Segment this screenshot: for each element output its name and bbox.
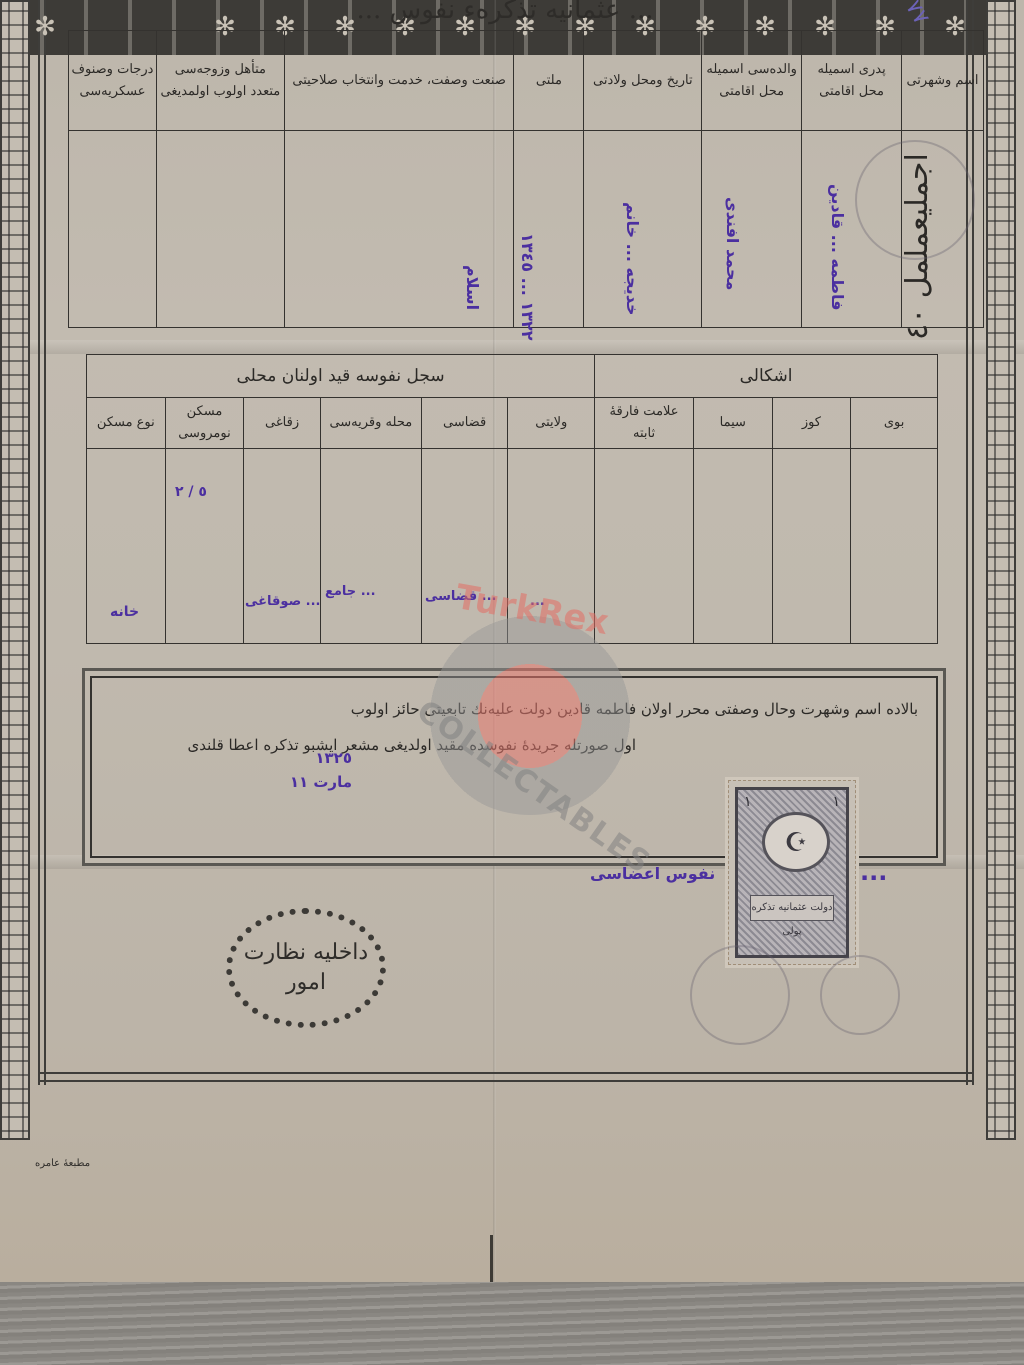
- handwritten-birth: ١٣٢٢ ... ١٣٤٥: [515, 200, 539, 340]
- physical-section-title: اشکالی: [595, 355, 938, 398]
- col-header-father: پدری اسمیله محل اقامتی: [802, 31, 902, 131]
- cell-eyes: [772, 449, 851, 644]
- stamp-value: ١: [832, 794, 840, 810]
- handwritten-name: فاطمه ... قادین: [825, 140, 849, 310]
- cell-military-rank: [69, 131, 157, 328]
- document-paper: ✻ ✻ ✻ ✻ ✻ ✻ ✻ ✻ ✻ ✻ ✻ ✻ ✻ ✻ ... عثمانيه …: [0, 0, 1024, 1282]
- col-header-birth: تاریخ ومحل ولادتی: [584, 31, 702, 131]
- col-header-house-number: مسکن نومروسی: [165, 398, 244, 449]
- handwritten-house-type: خانه: [110, 600, 139, 624]
- handwritten-date: ١٣٢٥ مارت ١١: [272, 746, 352, 794]
- cell-street: [244, 449, 321, 644]
- col-header-military-rank: درجات وصنوف عسکریه‌سی: [69, 31, 157, 131]
- cell-mother: [702, 131, 802, 328]
- cell-quarter: [320, 449, 421, 644]
- inner-frame-bottom: [38, 1072, 974, 1082]
- col-header-name: اسم وشهرتی: [902, 31, 984, 131]
- cell-complexion: [693, 449, 772, 644]
- flower-ornament-icon: ✻: [30, 12, 60, 42]
- col-header-height: بوی: [851, 398, 938, 449]
- stamp-value: ١: [744, 794, 752, 810]
- stamp-label: دولت عثمانیه تذکره پولی: [750, 895, 834, 921]
- paper-tear: [490, 1235, 493, 1282]
- cell-height: [851, 449, 938, 644]
- fold-line: [0, 340, 1024, 354]
- printer-note: مطبعهٔ عامره: [35, 1158, 90, 1169]
- col-header-mother: والده‌سی اسمیله محل اقامتی: [702, 31, 802, 131]
- cancellation-postmark: [690, 945, 790, 1045]
- official-signature: نفوس اعضاسی: [590, 862, 715, 886]
- col-header-street: زقاغی: [244, 398, 321, 449]
- handwritten-mother: خدیجه ... خانم: [620, 165, 644, 315]
- col-header-religion: ملتی: [514, 31, 584, 131]
- col-header-distinguishing-marks: علامت فارقهٔ ثابته: [595, 398, 694, 449]
- col-header-eyes: کوز: [772, 398, 851, 449]
- ministry-seal: داخلیه نظارت امور: [226, 908, 386, 1028]
- col-header-quarter: محله وقریه‌سی: [320, 398, 421, 449]
- cell-house-number: [165, 449, 244, 644]
- wooden-surface: [0, 1282, 1024, 1365]
- tughra-icon: ☪: [762, 812, 830, 872]
- col-header-marital-status: متأهل وزوجه‌سی متعدد اولوب اولمدیغی: [156, 31, 284, 131]
- handwritten-religion: اسلام: [460, 250, 484, 310]
- col-header-district: قضاسی: [421, 398, 508, 449]
- col-header-province: ولایتی: [508, 398, 595, 449]
- inner-frame-left: [38, 0, 46, 1085]
- col-header-house-type: نوع مسکن: [87, 398, 166, 449]
- col-header-complexion: سیما: [693, 398, 772, 449]
- handwritten-father: محمد افندی: [720, 160, 744, 290]
- header-calligraphy: ... عثمانيه تذكرهء نفوس ...: [280, 0, 730, 30]
- ornamental-border-right: [986, 0, 1016, 1140]
- registry-section-title: سجل نفوسه قید اولنان محلی: [87, 355, 595, 398]
- signature-mark: ...: [860, 860, 887, 884]
- handwritten-street: ... صوقاغی: [245, 590, 320, 614]
- stamp-frame: ☪ ١ ١ دولت عثمانیه تذکره پولی: [735, 787, 849, 958]
- revenue-stamp: ☪ ١ ١ دولت عثمانیه تذکره پولی: [728, 780, 856, 965]
- declaration-line-2: اول صورتله جریدهٔ نفوسده مقید اولدیغی مش…: [188, 736, 636, 754]
- cancellation-postmark: [820, 955, 900, 1035]
- cell-marital-status: [156, 131, 284, 328]
- ornamental-border-left: [0, 0, 30, 1140]
- faded-postmark: [855, 140, 975, 260]
- handwritten-house-number: ٥ / ٢: [175, 480, 207, 504]
- col-header-profession: صنعت وصفت، خدمت وانتخاب صلاحیتی: [284, 31, 514, 131]
- handwritten-quarter: ... جامع: [325, 580, 376, 604]
